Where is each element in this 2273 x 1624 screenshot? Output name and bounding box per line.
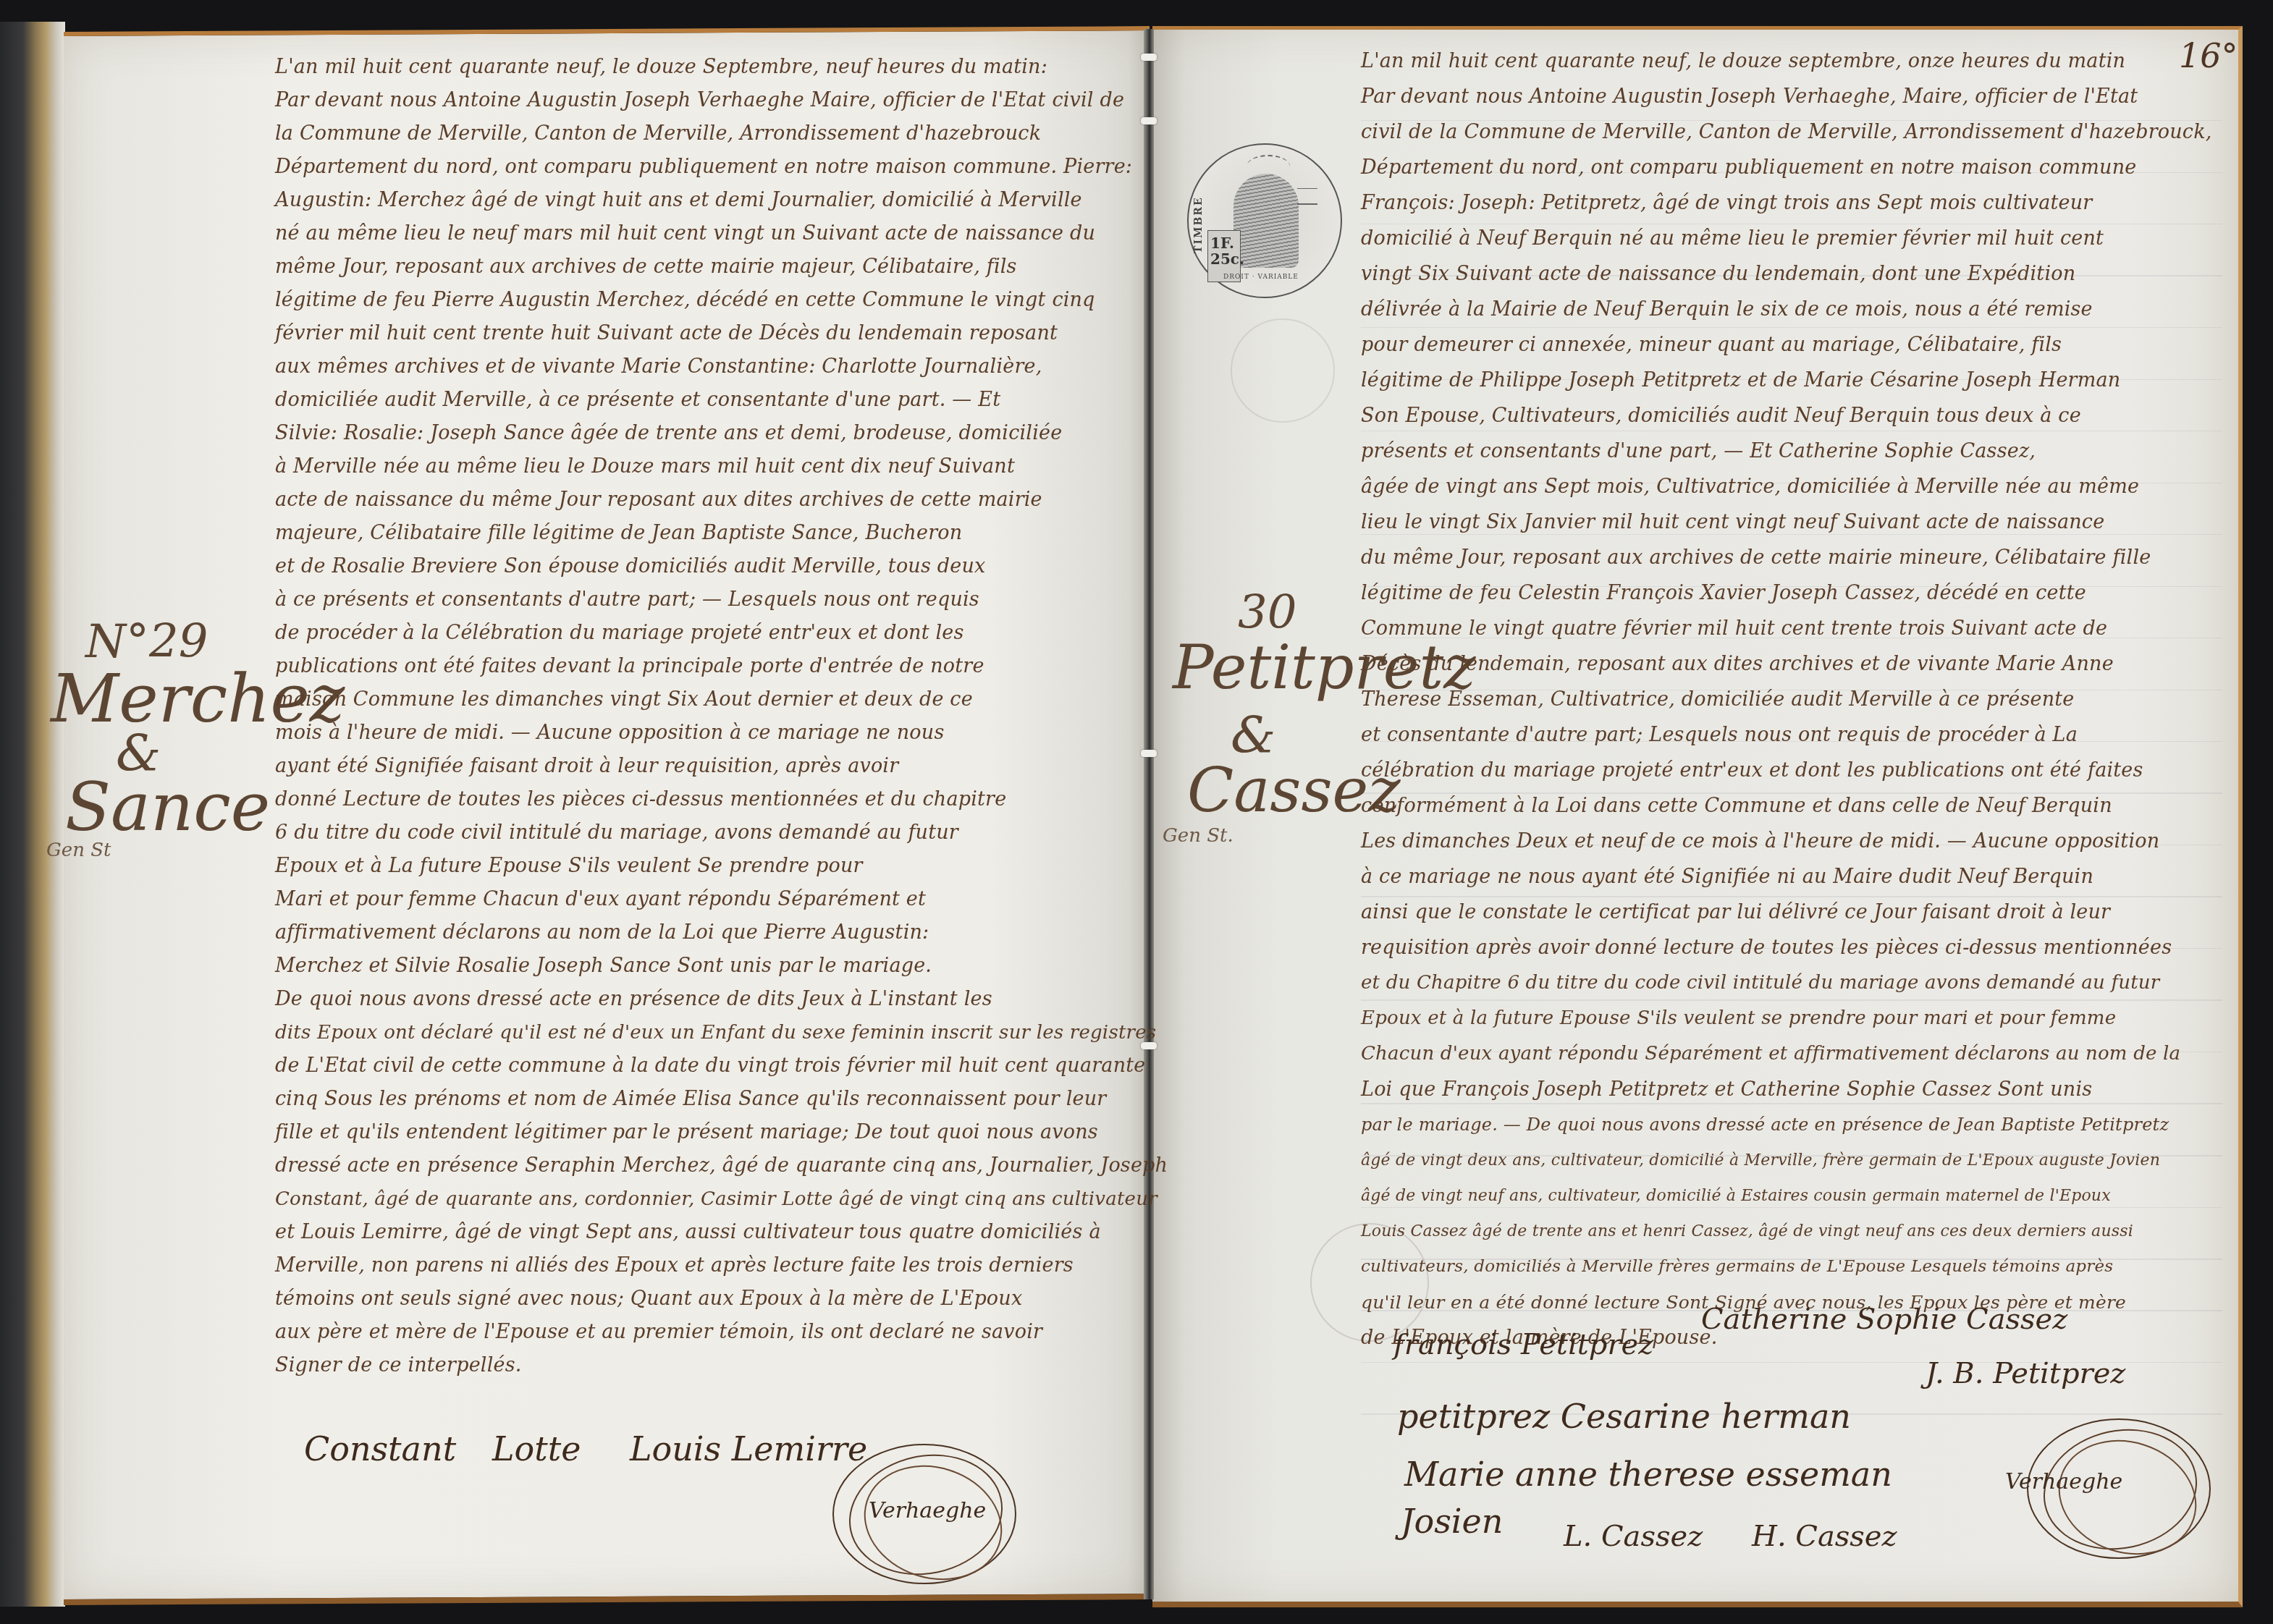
- text-line: délivrée à la Mairie de Neuf Berquin le …: [1361, 292, 2244, 327]
- right-mayor-signature: Verhaeghe: [2005, 1469, 2122, 1494]
- text-line: L'an mil huit cent quarante neuf, le dou…: [1361, 43, 2244, 79]
- text-line: Loi que François Joseph Petitpretz et Ca…: [1361, 1072, 2244, 1107]
- signature-witness-josien: Josien: [1401, 1502, 1503, 1541]
- text-line: à ce mariage ne nous ayant été Signifiée…: [1361, 859, 2244, 895]
- signature-witness-lemirre: Louis Lemirre: [630, 1429, 867, 1468]
- book-binding-edge: [0, 22, 65, 1607]
- text-line: lieu le vingt Six Janvier mil huit cent …: [1361, 504, 2244, 540]
- text-line: et du Chapitre 6 du titre du code civil …: [1361, 965, 2244, 1001]
- open-register-book: N°29 Merchez & Sance Gen St L'an mil hui…: [0, 0, 2273, 1624]
- signature-witness-l-cassez: L. Cassez: [1564, 1520, 1703, 1553]
- text-line: cultivateurs, domiciliés à Merville frèr…: [1361, 1249, 2244, 1285]
- signature-groom: françois Petitprez: [1393, 1328, 1653, 1361]
- text-line: conformément à la Loi dans cette Commune…: [1361, 788, 2244, 824]
- text-line: pour demeurer ci annexée, mineur quant a…: [1361, 327, 2244, 363]
- stamp-legend: DROIT · VARIABLE: [1223, 274, 1299, 281]
- signature-bride-mother: Marie anne therese esseman: [1404, 1455, 1892, 1494]
- page-gutter: [1144, 29, 1154, 1599]
- text-line: par le mariage. — De quoi nous avons dre…: [1361, 1107, 2244, 1143]
- text-line: cinq Sous les prénoms et nom de Aimée El…: [275, 1083, 1122, 1116]
- left-margin-annotation: Gen St: [46, 840, 111, 861]
- stamp-value: 1F. 25c.: [1210, 235, 1244, 267]
- text-line: domiciliée audit Merville, à ce présente…: [275, 384, 1122, 417]
- text-line: célébration du mariage projeté entr'eux …: [1361, 753, 2244, 788]
- text-line: ayant été Signifiée faisant droit à leur…: [275, 750, 1122, 783]
- text-line: acte de naissance du même Jour reposant …: [275, 483, 1122, 517]
- text-line: L'an mil huit cent quarante neuf, le dou…: [275, 51, 1122, 84]
- text-line: maison Commune les dimanches vingt Six A…: [275, 683, 1122, 716]
- text-line: âgé de vingt neuf ans, cultivateur, domi…: [1361, 1178, 2244, 1214]
- text-line: requisition après avoir donné lecture de…: [1361, 930, 2244, 965]
- binding-stitch: [1141, 117, 1157, 124]
- text-line: né au même lieu le neuf mars mil huit ce…: [275, 217, 1122, 250]
- text-line: Chacun d'eux ayant répondu Séparément et…: [1361, 1036, 2244, 1072]
- text-line: Son Epouse, Cultivateurs, domiciliés aud…: [1361, 398, 2244, 434]
- text-line: mois à l'heure de midi. — Aucune opposit…: [275, 716, 1122, 750]
- text-line: Augustin: Merchez âgé de vingt huit ans …: [275, 184, 1122, 217]
- text-line: Signer de ce interpellés.: [275, 1349, 1122, 1382]
- text-line: légitime de feu Pierre Augustin Merchez,…: [275, 284, 1122, 317]
- text-line: février mil huit cent trente huit Suivan…: [275, 317, 1122, 350]
- text-line: du même Jour, reposant aux archives de c…: [1361, 540, 2244, 575]
- text-line: publications ont été faites devant la pr…: [275, 650, 1122, 683]
- text-line: légitime de feu Celestin François Xavier…: [1361, 575, 2244, 611]
- text-line: Epoux et à la future Epouse S'ils veulen…: [1361, 1001, 2244, 1036]
- signature-witness-constant: Constant: [304, 1429, 456, 1468]
- signature-witness-h-cassez: H. Cassez: [1752, 1520, 1897, 1553]
- binding-stitch: [1141, 54, 1157, 61]
- text-line: âgé de vingt deux ans, cultivateur, domi…: [1361, 1143, 2244, 1178]
- text-line: Epoux et à La future Epouse S'ils veulen…: [275, 850, 1122, 883]
- text-line: Les dimanches Deux et neuf de ce mois à …: [1361, 824, 2244, 859]
- text-line: Par devant nous Antoine Augustin Joseph …: [1361, 79, 2244, 114]
- right-act-text: L'an mil huit cent quarante neuf, le dou…: [1361, 43, 2244, 1356]
- text-line: majeure, Célibataire fille légitime de J…: [275, 517, 1122, 550]
- text-line: donné Lecture de toutes les pièces ci-de…: [275, 783, 1122, 816]
- text-line: de L'Etat civil de cette commune à la da…: [275, 1049, 1122, 1083]
- signature-witness-jb-petitprez: J. B. Petitprez: [1926, 1357, 2125, 1390]
- text-line: dressé acte en présence Seraphin Merchez…: [275, 1149, 1122, 1183]
- text-line: et de Rosalie Breviere Son épouse domici…: [275, 550, 1122, 583]
- left-act-text: L'an mil huit cent quarante neuf, le dou…: [275, 51, 1122, 1382]
- text-line: Mari et pour femme Chacun d'eux ayant ré…: [275, 883, 1122, 916]
- text-line: civil de la Commune de Merville, Canton …: [1361, 114, 2244, 150]
- signature-bride: Catherine Sophie Cassez: [1701, 1303, 2067, 1336]
- text-line: affirmativement déclarons au nom de la L…: [275, 916, 1122, 950]
- text-line: Département du nord, ont comparu publiqu…: [275, 151, 1122, 184]
- text-line: de procéder à la Célébration du mariage …: [275, 617, 1122, 650]
- binding-stitch: [1141, 750, 1157, 757]
- stamp-label: TIMBRE: [1193, 196, 1205, 253]
- text-line: légitime de Philippe Joseph Petitpretz e…: [1361, 363, 2244, 398]
- text-line: aux père et mère de l'Epouse et au premi…: [275, 1316, 1122, 1349]
- signature-witness-lotte: Lotte: [492, 1429, 581, 1468]
- text-line: et Louis Lemirre, âgé de vingt Sept ans,…: [275, 1216, 1122, 1249]
- text-line: Merville, non parens ni alliés des Epoux…: [275, 1249, 1122, 1282]
- text-line: présents et consentants d'une part, — Et…: [1361, 434, 2244, 469]
- text-line: 6 du titre du code civil intitulé du mar…: [275, 816, 1122, 850]
- text-line: Commune le vingt quatre février mil huit…: [1361, 611, 2244, 646]
- right-margin-annotation: Gen St.: [1163, 825, 1234, 847]
- text-line: Département du nord, ont comparu publiqu…: [1361, 150, 2244, 185]
- signature-groom-mother: petitprez Cesarine herman: [1397, 1397, 1851, 1436]
- text-line: vingt Six Suivant acte de naissance du l…: [1361, 256, 2244, 292]
- text-line: dits Epoux ont déclaré qu'il est né d'eu…: [275, 1016, 1122, 1049]
- text-line: domicilié à Neuf Berquin né au même lieu…: [1361, 221, 2244, 256]
- text-line: à Merville née au même lieu le Douze mar…: [275, 450, 1122, 483]
- timbre-tax-stamp: TIMBRE 1F. 25c. DROIT · VARIABLE: [1187, 143, 1342, 298]
- text-line: aux mêmes archives et de vivante Marie C…: [275, 350, 1122, 384]
- scales-of-justice-icon: [1297, 188, 1317, 205]
- text-line: Merchez et Silvie Rosalie Joseph Sance S…: [275, 950, 1122, 983]
- text-line: fille et qu'ils entendent légitimer par …: [275, 1116, 1122, 1149]
- left-mayor-signature: Verhaeghe: [869, 1498, 986, 1523]
- text-line: même Jour, reposant aux archives de cett…: [275, 250, 1122, 284]
- text-line: et consentante d'autre part; Lesquels no…: [1361, 717, 2244, 753]
- text-line: à ce présents et consentants d'autre par…: [275, 583, 1122, 617]
- text-line: ainsi que le constate le certificat par …: [1361, 895, 2244, 930]
- left-margin-bride-name: Sance: [65, 774, 270, 841]
- text-line: Louis Cassez âgé de trente ans et henri …: [1361, 1214, 2244, 1249]
- text-line: Silvie: Rosalie: Joseph Sance âgée de tr…: [275, 417, 1122, 450]
- faint-seal-impression: [1231, 318, 1335, 423]
- text-line: témoins ont seuls signé avec nous; Quant…: [275, 1282, 1122, 1316]
- text-line: Décès du lendemain, reposant aux dites a…: [1361, 646, 2244, 682]
- text-line: François: Joseph: Petitpretz, âgé de vin…: [1361, 185, 2244, 221]
- text-line: Therese Esseman, Cultivatrice, domicilié…: [1361, 682, 2244, 717]
- text-line: De quoi nous avons dressé acte en présen…: [275, 983, 1122, 1016]
- text-line: Constant, âgé de quarante ans, cordonnie…: [275, 1183, 1122, 1216]
- text-line: la Commune de Merville, Canton de Mervil…: [275, 117, 1122, 151]
- text-line: Par devant nous Antoine Augustin Joseph …: [275, 84, 1122, 117]
- text-line: âgée de vingt ans Sept mois, Cultivatric…: [1361, 469, 2244, 504]
